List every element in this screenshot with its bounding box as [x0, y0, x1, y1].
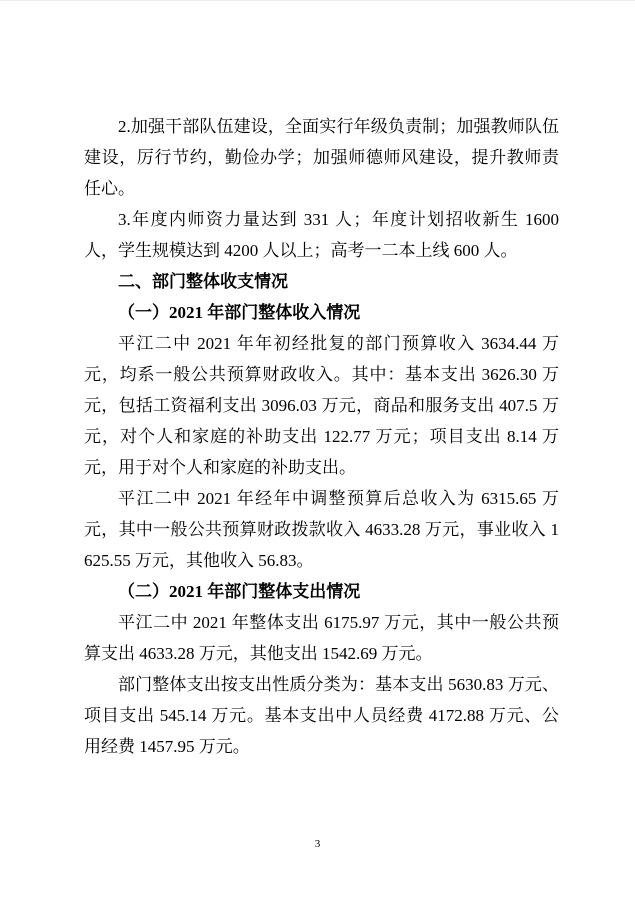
paragraph-expenditure-total: 平江二中 2021 年整体支出 6175.97 万元，其中一般公共预算支出 46… — [84, 607, 559, 669]
paragraph-income-initial-budget: 平江二中 2021 年年初经批复的部门预算收入 3634.44 万元，均系一般公… — [84, 328, 559, 483]
paragraph-yearly-targets: 3.年度内师资力量达到 331 人；年度计划招收新生 1600 人，学生规模达到… — [84, 204, 559, 266]
subsection-heading-expenditure: （二）2021 年部门整体支出情况 — [84, 576, 559, 607]
page-footer: 3 — [0, 834, 635, 852]
paragraph-measures-staff: 2.加强干部队伍建设，全面实行年级负责制；加强教师队伍建设，厉行节约，勤俭办学；… — [84, 111, 559, 204]
paragraph-income-adjusted-budget: 平江二中 2021 年经年中调整预算后总收入为 6315.65 万元，其中一般公… — [84, 483, 559, 576]
subsection-heading-income: （一）2021 年部门整体收入情况 — [84, 297, 559, 328]
page-number: 3 — [315, 838, 321, 850]
section-heading-overall-budget: 二、部门整体收支情况 — [84, 266, 559, 297]
document-body: 2.加强干部队伍建设，全面实行年级负责制；加强教师队伍建设，厉行节约，勤俭办学；… — [84, 111, 559, 762]
document-page: 2.加强干部队伍建设，全面实行年级负责制；加强教师队伍建设，厉行节约，勤俭办学；… — [0, 0, 635, 898]
paragraph-expenditure-classification: 部门整体支出按支出性质分类为：基本支出 5630.83 万元、项目支出 545.… — [84, 669, 559, 762]
